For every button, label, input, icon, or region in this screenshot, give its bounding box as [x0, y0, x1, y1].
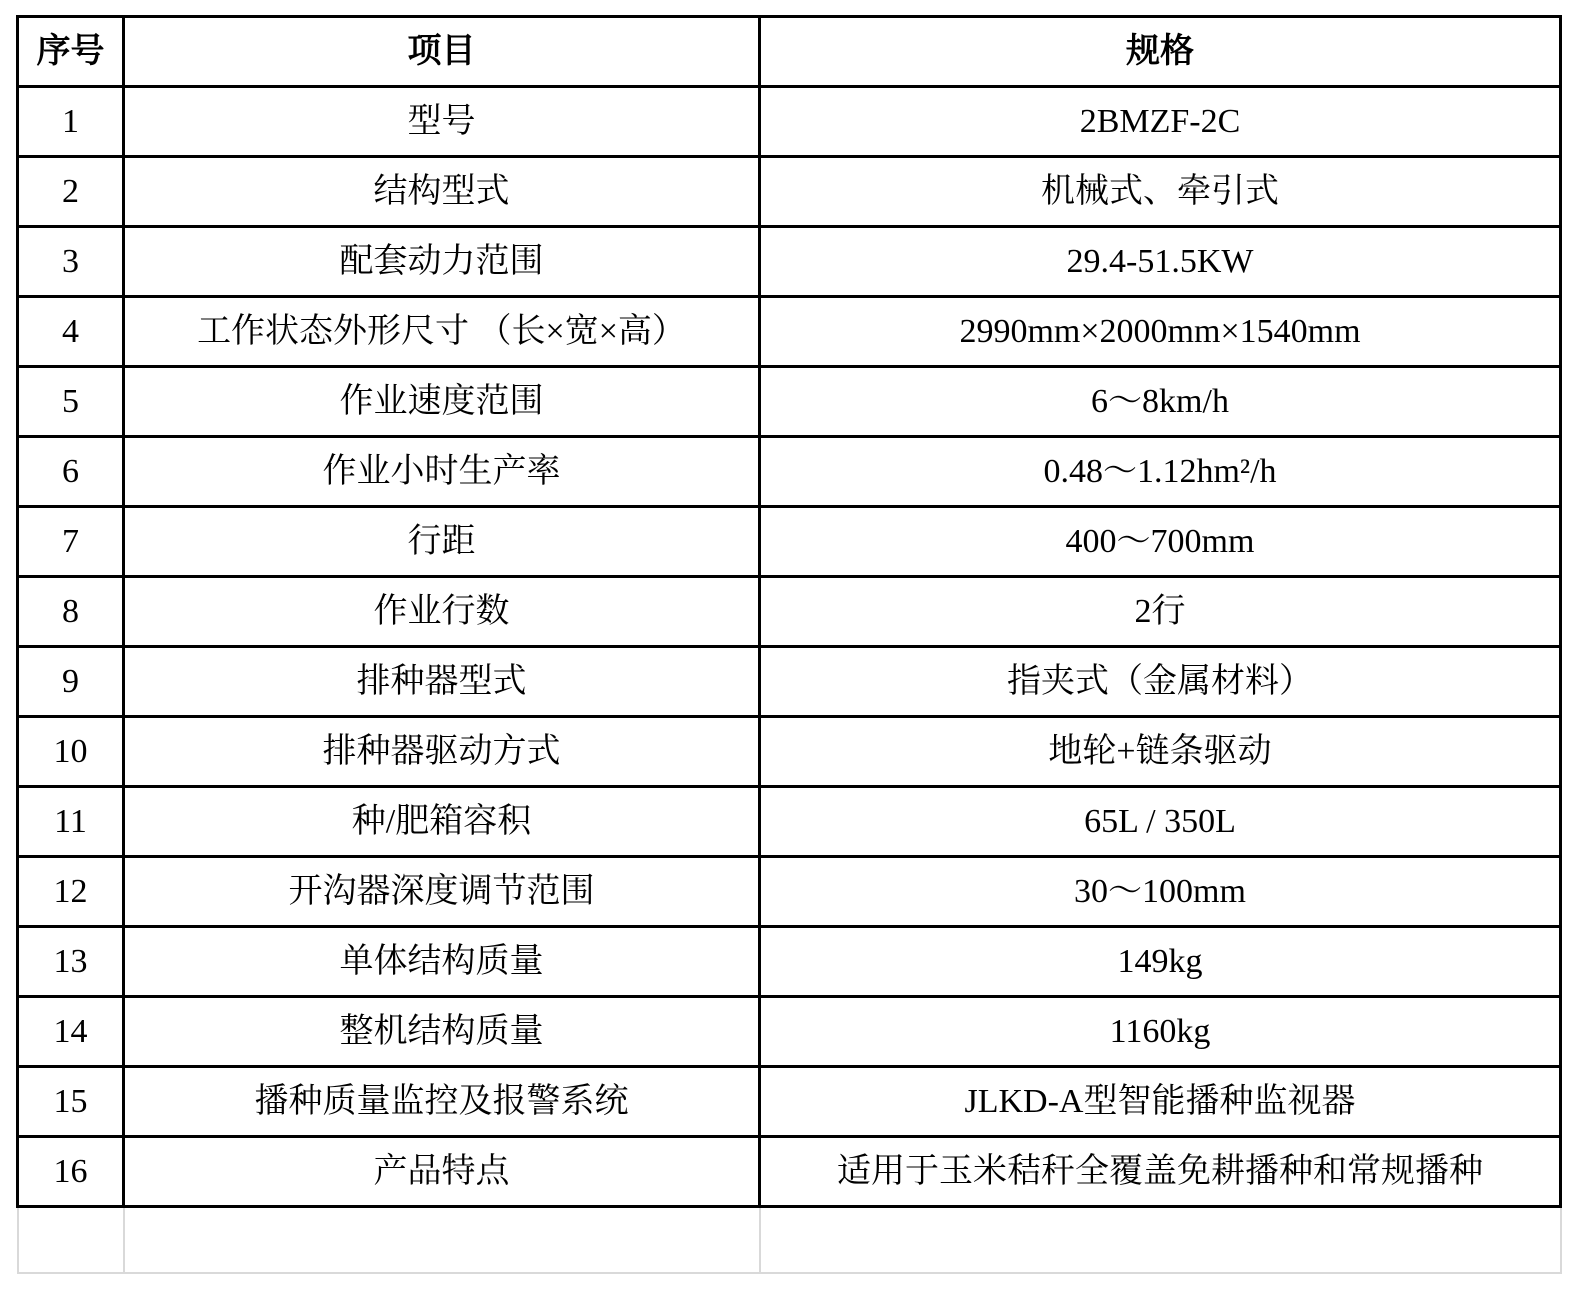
table-row: 16 产品特点 适用于玉米秸秆全覆盖免耕播种和常规播种 — [18, 1137, 1561, 1207]
empty-index-cell — [18, 1207, 124, 1274]
row-index-cell: 8 — [18, 577, 124, 647]
row-item-cell: 播种质量监控及报警系统 — [124, 1067, 760, 1137]
table-row: 1 型号 2BMZF-2C — [18, 87, 1561, 157]
row-item-cell: 作业小时生产率 — [124, 437, 760, 507]
row-item-cell: 型号 — [124, 87, 760, 157]
header-item: 项目 — [124, 17, 760, 87]
table-row: 5 作业速度范围 6～8km/h — [18, 367, 1561, 437]
table-row: 7 行距 400～700mm — [18, 507, 1561, 577]
table-row: 6 作业小时生产率 0.48～1.12hm²/h — [18, 437, 1561, 507]
empty-row — [18, 1207, 1561, 1274]
table-row: 3 配套动力范围 29.4-51.5KW — [18, 227, 1561, 297]
row-item-cell: 作业速度范围 — [124, 367, 760, 437]
table-row: 14 整机结构质量 1160kg — [18, 997, 1561, 1067]
row-index-cell: 9 — [18, 647, 124, 717]
row-spec-cell: 2BMZF-2C — [760, 87, 1561, 157]
row-index-cell: 13 — [18, 927, 124, 997]
row-spec-cell: 地轮+链条驱动 — [760, 717, 1561, 787]
row-index-cell: 12 — [18, 857, 124, 927]
row-index-cell: 3 — [18, 227, 124, 297]
row-index-cell: 1 — [18, 87, 124, 157]
row-item-cell: 种/肥箱容积 — [124, 787, 760, 857]
row-spec-cell: 0.48～1.12hm²/h — [760, 437, 1561, 507]
row-item-cell: 整机结构质量 — [124, 997, 760, 1067]
row-index-cell: 11 — [18, 787, 124, 857]
header-row: 序号 项目 规格 — [18, 17, 1561, 87]
table-row: 8 作业行数 2行 — [18, 577, 1561, 647]
row-item-cell: 行距 — [124, 507, 760, 577]
row-spec-cell: 机械式、牵引式 — [760, 157, 1561, 227]
row-item-cell: 作业行数 — [124, 577, 760, 647]
row-index-cell: 16 — [18, 1137, 124, 1207]
row-item-cell: 产品特点 — [124, 1137, 760, 1207]
row-spec-cell: 适用于玉米秸秆全覆盖免耕播种和常规播种 — [760, 1137, 1561, 1207]
row-spec-cell: 6～8km/h — [760, 367, 1561, 437]
row-spec-cell: JLKD-A型智能播种监视器 — [760, 1067, 1561, 1137]
table-row: 10 排种器驱动方式 地轮+链条驱动 — [18, 717, 1561, 787]
row-spec-cell: 149kg — [760, 927, 1561, 997]
row-item-cell: 排种器驱动方式 — [124, 717, 760, 787]
table-row: 15 播种质量监控及报警系统 JLKD-A型智能播种监视器 — [18, 1067, 1561, 1137]
row-spec-cell: 2990mm×2000mm×1540mm — [760, 297, 1561, 367]
row-index-cell: 10 — [18, 717, 124, 787]
row-spec-cell: 400～700mm — [760, 507, 1561, 577]
table-row: 12 开沟器深度调节范围 30～100mm — [18, 857, 1561, 927]
table-row: 13 单体结构质量 149kg — [18, 927, 1561, 997]
row-spec-cell: 30～100mm — [760, 857, 1561, 927]
row-index-cell: 14 — [18, 997, 124, 1067]
row-spec-cell: 29.4-51.5KW — [760, 227, 1561, 297]
row-item-cell: 排种器型式 — [124, 647, 760, 717]
row-index-cell: 6 — [18, 437, 124, 507]
row-spec-cell: 1160kg — [760, 997, 1561, 1067]
row-item-cell: 开沟器深度调节范围 — [124, 857, 760, 927]
table-row: 2 结构型式 机械式、牵引式 — [18, 157, 1561, 227]
row-item-cell: 单体结构质量 — [124, 927, 760, 997]
row-index-cell: 7 — [18, 507, 124, 577]
row-spec-cell: 指夹式（金属材料） — [760, 647, 1561, 717]
row-item-cell: 结构型式 — [124, 157, 760, 227]
row-spec-cell: 65L / 350L — [760, 787, 1561, 857]
row-index-cell: 2 — [18, 157, 124, 227]
row-index-cell: 15 — [18, 1067, 124, 1137]
empty-spec-cell — [760, 1207, 1561, 1274]
table-row: 4 工作状态外形尺寸 （长×宽×高） 2990mm×2000mm×1540mm — [18, 297, 1561, 367]
header-spec: 规格 — [760, 17, 1561, 87]
row-item-cell: 配套动力范围 — [124, 227, 760, 297]
empty-item-cell — [124, 1207, 760, 1274]
row-item-cell: 工作状态外形尺寸 （长×宽×高） — [124, 297, 760, 367]
table-row: 11 种/肥箱容积 65L / 350L — [18, 787, 1561, 857]
table-row: 9 排种器型式 指夹式（金属材料） — [18, 647, 1561, 717]
row-index-cell: 4 — [18, 297, 124, 367]
spec-table: 序号 项目 规格 1 型号 2BMZF-2C 2 结构型式 机械式、牵引式 3 … — [16, 15, 1562, 1274]
spreadsheet-page: 序号 项目 规格 1 型号 2BMZF-2C 2 结构型式 机械式、牵引式 3 … — [0, 0, 1582, 1292]
row-spec-cell: 2行 — [760, 577, 1561, 647]
header-index: 序号 — [18, 17, 124, 87]
row-index-cell: 5 — [18, 367, 124, 437]
